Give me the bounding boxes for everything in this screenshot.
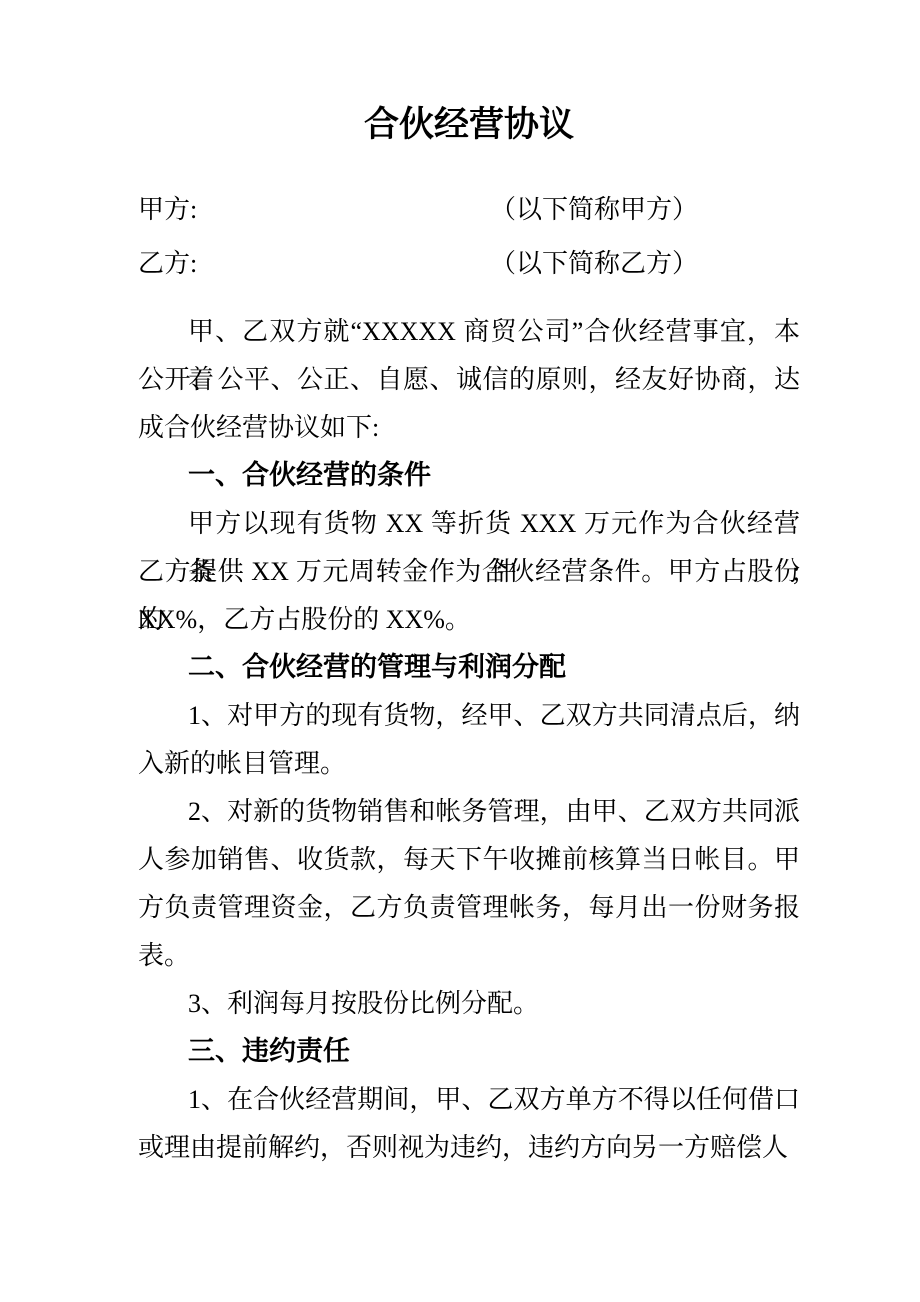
text-line: 公开、公平、公正、自愿、诚信的原则，经友好协商，达 bbox=[138, 356, 800, 404]
text-line: 方负责管理资金，乙方负责管理帐务，每月出一份财务报 bbox=[138, 884, 800, 932]
paragraph: 2、对新的货物销售和帐务管理，由甲、乙双方共同派人参加销售、收货款，每天下午收摊… bbox=[138, 788, 800, 980]
document-title: 合伙经营协议 bbox=[138, 100, 800, 150]
party-b-label: 乙方: bbox=[138, 249, 197, 278]
section-heading: 二、合伙经营的管理与利润分配 bbox=[138, 644, 800, 692]
party-a-label: 甲方: bbox=[138, 195, 197, 224]
party-b-row: 乙方: （以下简称乙方） bbox=[138, 240, 800, 288]
party-a-note: （以下简称甲方） bbox=[490, 186, 698, 234]
document-body: 甲、乙双方就“XXXXX 商贸公司”合伙经营事宜，本着公开、公平、公正、自愿、诚… bbox=[138, 308, 800, 1172]
paragraph: 1、对甲方的现有货物，经甲、乙双方共同清点后，纳入新的帐目管理。 bbox=[138, 692, 800, 788]
paragraph: 甲方以现有货物 XX 等折货 XXX 万元作为合伙经营条件;乙方提供 XX 万元… bbox=[138, 500, 800, 644]
text-line: 成合伙经营协议如下: bbox=[138, 404, 800, 452]
party-a-row: 甲方: （以下简称甲方） bbox=[138, 186, 800, 234]
paragraph: 甲、乙双方就“XXXXX 商贸公司”合伙经营事宜，本着公开、公平、公正、自愿、诚… bbox=[138, 308, 800, 452]
text-line: 1、在合伙经营期间，甲、乙双方单方不得以任何借口 bbox=[138, 1076, 800, 1124]
section-heading: 一、合伙经营的条件 bbox=[138, 452, 800, 500]
paragraph: 1、在合伙经营期间，甲、乙双方单方不得以任何借口或理由提前解约，否则视为违约，违… bbox=[138, 1076, 800, 1172]
text-line: 乙方提供 XX 万元周转金作为合伙经营条件。甲方占股份的 bbox=[138, 548, 800, 596]
text-line: 入新的帐目管理。 bbox=[138, 740, 800, 788]
text-line: 表。 bbox=[138, 932, 800, 980]
text-line: 3、利润每月按股份比例分配。 bbox=[138, 980, 800, 1028]
text-line: 甲方以现有货物 XX 等折货 XXX 万元作为合伙经营条件; bbox=[138, 500, 800, 548]
paragraph: 3、利润每月按股份比例分配。 bbox=[138, 980, 800, 1028]
text-line: 2、对新的货物销售和帐务管理，由甲、乙双方共同派 bbox=[138, 788, 800, 836]
text-line: XX%，乙方占股份的 XX%。 bbox=[138, 596, 800, 644]
text-line: 或理由提前解约，否则视为违约，违约方向另一方赔偿人 bbox=[138, 1124, 800, 1172]
text-line: 人参加销售、收货款，每天下午收摊前核算当日帐目。甲 bbox=[138, 836, 800, 884]
text-line: 甲、乙双方就“XXXXX 商贸公司”合伙经营事宜，本着 bbox=[138, 308, 800, 356]
document-page: 合伙经营协议 甲方: （以下简称甲方） 乙方: （以下简称乙方） 甲、乙双方就“… bbox=[0, 0, 920, 1302]
party-b-note: （以下简称乙方） bbox=[490, 240, 698, 288]
section-heading: 三、违约责任 bbox=[138, 1028, 800, 1076]
text-line: 1、对甲方的现有货物，经甲、乙双方共同清点后，纳 bbox=[138, 692, 800, 740]
